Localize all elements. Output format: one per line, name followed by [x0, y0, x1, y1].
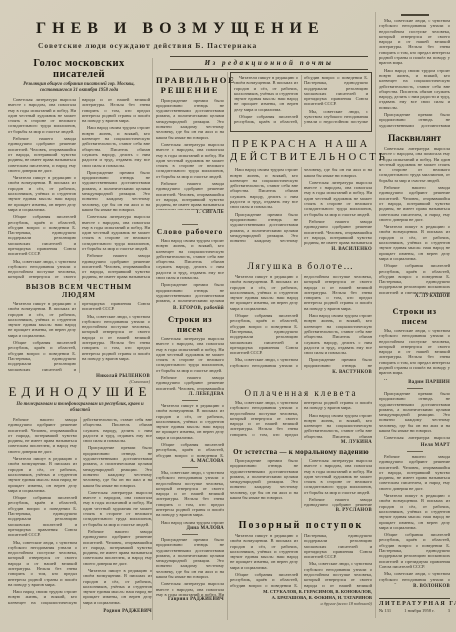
- golos-title: Голос московских писателей: [8, 58, 150, 80]
- pravilnoe-title-line2: РЕШЕНИЕ: [156, 86, 224, 96]
- prekrasna-title-line2: ДЕЙСТВИТЕЛЬНОСТЬ: [230, 151, 372, 164]
- golos-body: Советская литература выросла вместе с на…: [8, 97, 150, 281]
- edinodushie-title: ЕДИНОДУШИЕ: [8, 384, 152, 400]
- letter-item: Рабочие нашего завода единодушно одобряю…: [379, 454, 450, 589]
- article-lyagushka: Лягушка в болоте… Читатели пишут в редак…: [230, 262, 372, 375]
- letter-body: Читатели пишут в редакцию о своём возмущ…: [156, 403, 224, 459]
- ot-estetstva-title: От эстетства — к моральному падению: [230, 448, 372, 456]
- article-pravilnoe: ПРАВИЛЬНОЕ РЕШЕНИЕ Присуждение премии бы…: [156, 76, 224, 215]
- editorial-mail-banner: Из редакционной почты: [170, 56, 368, 70]
- paskvilyant-title: Пасквилянт: [379, 134, 450, 144]
- issue-number: № 131: [379, 608, 391, 613]
- article-slovo: Слово рабочего Наш народ своим трудом ст…: [156, 222, 224, 311]
- article-pozorny: Позорный поступок Читатели пишут в редак…: [230, 520, 372, 606]
- oplachennaya-body: Мы, советские люди, с чувством глубокого…: [230, 400, 372, 440]
- prekrasna-signature: Н. ВАСИЛЕНКО: [230, 247, 372, 252]
- ot-estetstva-body: Присуждение премии было продиктовано отн…: [230, 458, 372, 508]
- page-subtitle: Советские люди осуждают действия Б. Паст…: [38, 41, 356, 50]
- edinodushie-signature: Родион РАДЖЕВИЧ: [8, 609, 152, 614]
- continuation-body: Мы, советские люди, с чувством глубокого…: [379, 18, 450, 130]
- article-prekrasna: ПРЕКРАСНА НАША ДЕЙСТВИТЕЛЬНОСТЬ Наш наро…: [230, 138, 372, 252]
- boxed-letter-body: Читатели пишут в редакцию о своём возмущ…: [234, 75, 368, 127]
- letter-signature: Дина МАЛОВА: [156, 526, 224, 531]
- pravilnoe-title: ПРАВИЛЬНОЕ РЕШЕНИЕ: [156, 76, 224, 96]
- page-title: ГНЕВ И ВОЗМУЩЕНИЕ: [36, 20, 356, 38]
- letter-signature: Гавриил РАДЖИЕВИЧ: [156, 597, 224, 602]
- pozorny-title: Позорный поступок: [230, 520, 372, 531]
- section-rule: [401, 14, 429, 16]
- pozorny-signature: В. КОНОВАЛОВ,: [335, 589, 372, 594]
- letter-signature: Л. ЛЕБЕДЕВА: [156, 392, 224, 397]
- imprint-row: № 131 1 ноября 1958 г. 3: [379, 608, 450, 613]
- article-stroki-right: Строки из писем Мы, советские люди, с чу…: [379, 306, 450, 592]
- oplachennaya-title: Оплаченная клевета: [230, 388, 372, 398]
- paper-imprint: ЛИТЕРАТУРНАЯ ГАЗЕТА № 131 1 ноября 1958 …: [379, 598, 450, 613]
- golos-subtitle: Резолюция общего собрания писателей гор.…: [8, 82, 150, 94]
- letter-item: Мы, советские люди, с чувством глубокого…: [379, 328, 450, 385]
- paskvilyant-body: Советская литература выросла вместе с на…: [379, 146, 450, 294]
- prekrasna-body: Наш народ своим трудом строит новую жизн…: [230, 167, 372, 247]
- letter-body: Присуждение премии было продиктовано отн…: [156, 537, 224, 597]
- prekrasna-title-line1: ПРЕКРАСНА НАША: [230, 138, 372, 151]
- letter-item: Читатели пишут в редакцию о своём возмущ…: [156, 403, 224, 464]
- lyagushka-body: Читатели пишут в редакцию о своём возмущ…: [230, 274, 372, 370]
- column-divider: [227, 72, 228, 620]
- article-ot-estetstva: От эстетства — к моральному падению Прис…: [230, 448, 372, 513]
- newspaper-page: ГНЕВ И ВОЗМУЩЕНИЕ Советские люди осуждаю…: [0, 0, 456, 632]
- pozorny-signature: Н. ТАТАРИНОВ: [338, 595, 372, 600]
- letter-body: Рабочие нашего завода единодушно одобряю…: [379, 454, 450, 584]
- edinodushie-body: Рабочие нашего завода единодушно одобряю…: [8, 417, 152, 609]
- vyzov-body: Читатели пишут в редакцию о своём возмущ…: [8, 301, 150, 373]
- stroki-right-title: Строки из писем: [379, 306, 450, 326]
- oplachennaya-signature: М. ЛУКИНА: [230, 440, 372, 445]
- letter-signature: А. МАСЛОВА: [156, 459, 224, 464]
- pozorny-body: Читатели пишут в редакцию о своём возмущ…: [230, 533, 372, 589]
- pravilnoe-body: Присуждение премии было продиктовано отн…: [156, 98, 224, 210]
- letter-item: Советская литература выросла вместе с на…: [156, 336, 224, 397]
- pozorny-signatures-note: и другие (всего 18 подписей): [230, 601, 372, 606]
- letter-signature: Вадим ПАРШИН: [379, 380, 450, 385]
- pozorny-signature: В. ГЕРАСИМОВ,: [299, 589, 335, 594]
- section-divider: [182, 224, 198, 225]
- article-edinodushie: ЕДИНОДУШИЕ По телеграммам и телефонограм…: [8, 384, 152, 614]
- vyzov-title: ВЫЗОВ ВСЕМ ЧЕСТНЫМ ЛЮДЯМ: [8, 283, 150, 299]
- letter-divider: [182, 467, 198, 468]
- slovo-body: Наш народ своим трудом строит новую жизн…: [156, 238, 224, 306]
- prekrasna-title: ПРЕКРАСНА НАША ДЕЙСТВИТЕЛЬНОСТЬ: [230, 138, 372, 164]
- article-vyzov: ВЫЗОВ ВСЕМ ЧЕСТНЫМ ЛЮДЯМ Читатели пишут …: [8, 283, 150, 384]
- edinodushie-subtitle: По телеграммам и телефонограммам из респ…: [8, 402, 152, 414]
- letter-body: Мы, советские люди, с чувством глубокого…: [379, 328, 450, 380]
- letter-divider: [182, 534, 198, 535]
- letter-item: Присуждение премии было продиктовано отн…: [156, 537, 224, 602]
- banner-label: Из редакционной почты: [170, 56, 368, 70]
- stroki-mid-title: Строки из писем: [156, 314, 224, 334]
- pozorny-signature: А. БРАТАШОВА,: [272, 595, 308, 600]
- letter-signature: В. ВОЛОНКОВ: [379, 584, 450, 589]
- slovo-title: Слово рабочего: [156, 227, 224, 236]
- column-divider: [375, 12, 376, 618]
- article-stroki-mid: Строки из писем Советская литература выр…: [156, 314, 224, 605]
- letter-item: Мы, советские люди, с чувством глубокого…: [156, 470, 224, 531]
- article-paskvilyant: Пасквилянт Советская литература выросла …: [379, 134, 450, 299]
- slovo-signature: В. ЕГОРОВ, рабочий: [156, 306, 224, 311]
- letter-body: Присуждение премии было продиктовано отн…: [379, 391, 450, 443]
- letter-divider: [407, 451, 423, 452]
- letter-body: Советская литература выросла вместе с на…: [156, 336, 224, 392]
- letter-body: Мы, советские люди, с чувством глубокого…: [156, 470, 224, 526]
- column-divider: [152, 58, 153, 620]
- pravilnoe-signature: Г. СИГАЛЬ: [156, 210, 224, 215]
- pozorny-signature-list: М. СТУКАЛОВ, В. ГЕРАСИМОВ, В. КОНОВАЛОВ,…: [230, 589, 372, 601]
- ot-estetstva-signature: В. РУСЛАНОВ: [230, 508, 372, 513]
- article-oplachennaya: Оплаченная клевета Мы, советские люди, с…: [230, 388, 372, 445]
- lyagushka-signature: К. ВАСТУНКОВ: [230, 370, 372, 375]
- lyagushka-title: Лягушка в болоте…: [230, 262, 372, 272]
- issue-date: 1 ноября 1958 г.: [404, 608, 434, 613]
- pozorny-signature: М. СТУКАЛОВ,: [263, 589, 297, 594]
- pozorny-signature: В. ФОКИНА,: [309, 595, 337, 600]
- letter-divider: [407, 388, 423, 389]
- letter-signature: Неля МАРТ: [379, 443, 450, 448]
- masthead: ГНЕВ И ВОЗМУЩЕНИЕ Советские люди осуждаю…: [36, 20, 356, 50]
- boxed-letter: Читатели пишут в редакцию о своём возмущ…: [230, 72, 372, 132]
- article-golos: Голос московских писателей Резолюция общ…: [8, 58, 150, 281]
- letter-divider: [182, 400, 198, 401]
- letter-item: Присуждение премии было продиктовано отн…: [379, 391, 450, 448]
- page-number: 3: [448, 608, 450, 613]
- paper-name: ЛИТЕРАТУРНАЯ ГАЗЕТА: [379, 601, 450, 607]
- article-continuation-column: Мы, советские люди, с чувством глубокого…: [379, 14, 450, 130]
- paskvilyant-signature: А. ЛУКАШОВ: [379, 294, 450, 299]
